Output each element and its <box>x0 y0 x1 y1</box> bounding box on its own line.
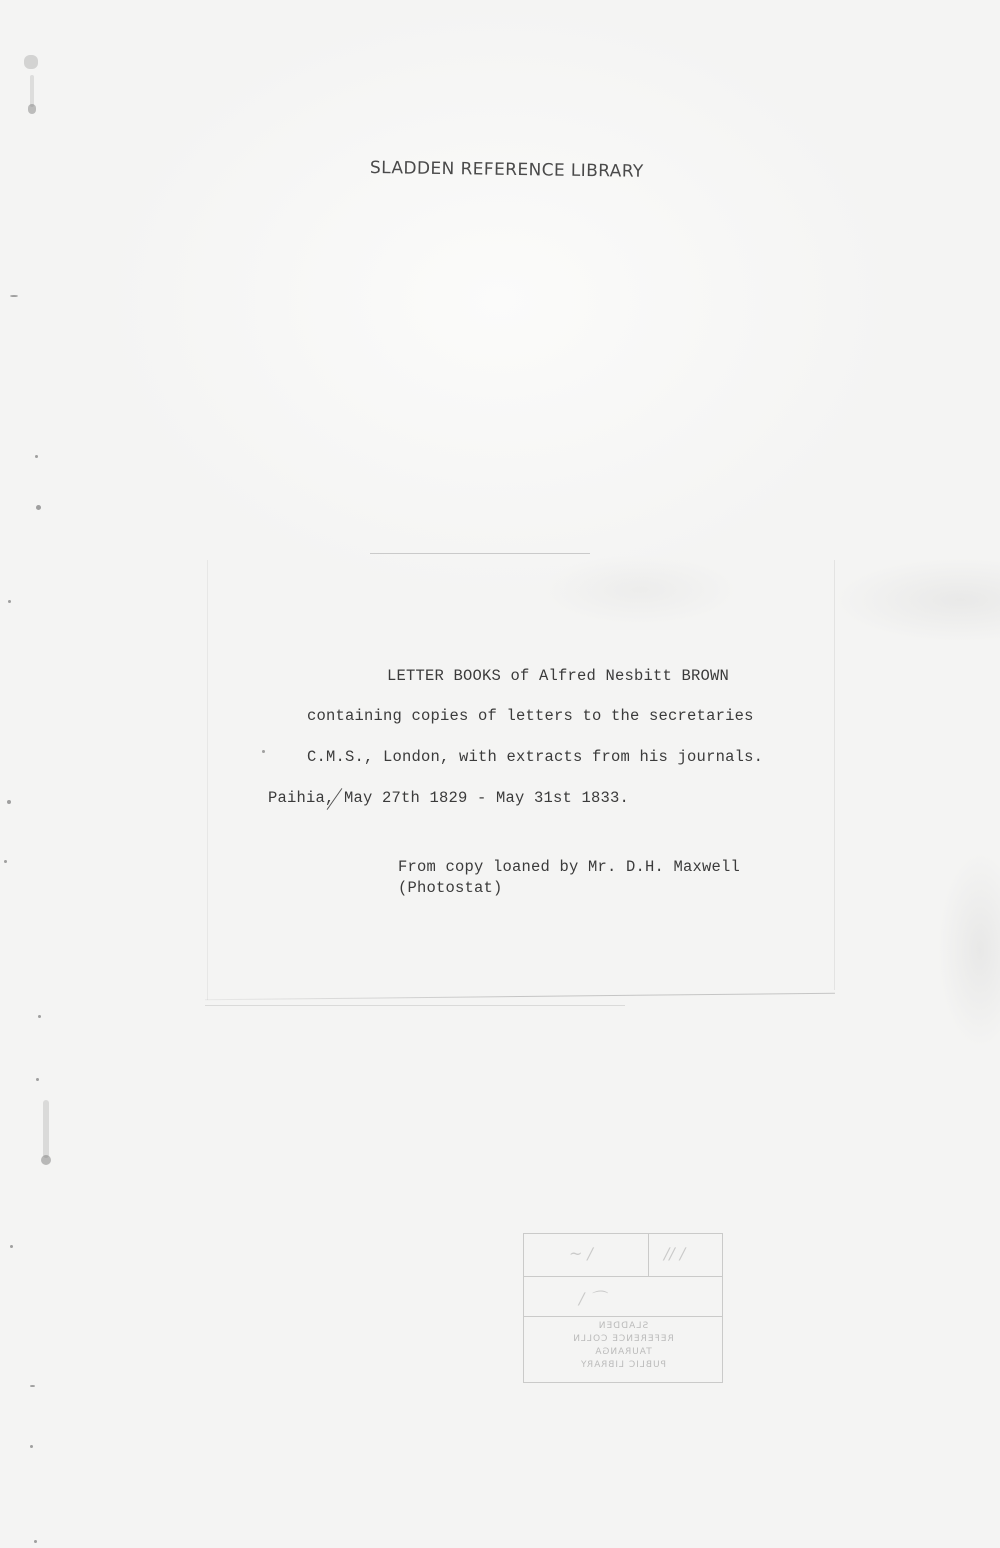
stamp-line: PUBLIC LIBRARY <box>524 1359 722 1372</box>
speck <box>35 455 38 458</box>
slip-edge <box>370 553 590 554</box>
slip-source-note: From copy loaned by Mr. D.H. Maxwell <box>398 858 740 876</box>
speck <box>30 1385 35 1387</box>
stamp-row: ∕ ⌒ <box>524 1276 722 1317</box>
slip-source-note: (Photostat) <box>398 879 503 897</box>
binding-hole-mark <box>41 1155 51 1165</box>
speck <box>8 600 11 603</box>
stamp-text: SLADDEN REFERENCE COLLN TAURANGA PUBLIC … <box>524 1320 722 1372</box>
slip-date-range: Paihia, May 27th 1829 - May 31st 1833. <box>268 789 629 807</box>
binding-hole-mark <box>43 1100 49 1158</box>
stamp-divider <box>648 1234 649 1276</box>
slip-edge <box>207 560 208 1000</box>
slip-title: LETTER BOOKS of Alfred Nesbitt BROWN <box>387 667 729 685</box>
stamp-line: TAURANGA <box>524 1346 722 1359</box>
speck <box>36 505 41 510</box>
stamp-handwriting: ∕∕ ∕ <box>664 1244 685 1263</box>
binding-hole-mark <box>28 104 36 114</box>
speck <box>34 1540 37 1543</box>
speck <box>38 1015 41 1018</box>
slip-description-line: containing copies of letters to the secr… <box>307 707 754 725</box>
speck <box>36 1078 39 1081</box>
slip-description-line: C.M.S., London, with extracts from his j… <box>307 748 763 766</box>
binding-hole-mark <box>24 55 38 69</box>
stamp-line: SLADDEN <box>524 1320 722 1333</box>
binding-hole-mark <box>30 75 34 107</box>
stamp-handwriting: ∕ ⌒ <box>579 1286 605 1309</box>
slip-edge <box>834 560 835 990</box>
speck <box>262 750 265 753</box>
stamp-line: REFERENCE COLLN <box>524 1333 722 1346</box>
scanned-page: SLADDEN REFERENCE LIBRARY LETTER BOOKS o… <box>0 0 1000 1548</box>
library-header: SLADDEN REFERENCE LIBRARY <box>370 158 690 182</box>
slip-edge <box>205 993 835 1001</box>
stamp-row: ~ ∕ ∕∕ ∕ <box>524 1234 722 1277</box>
library-stamp: ~ ∕ ∕∕ ∕ ∕ ⌒ SLADDEN REFERENCE COLLN TAU… <box>523 1233 723 1383</box>
speck <box>4 860 7 863</box>
stamp-handwriting: ~ ∕ <box>569 1244 593 1263</box>
speck <box>7 800 11 804</box>
speck <box>10 295 18 297</box>
slip-edge <box>205 1005 625 1006</box>
speck <box>10 1245 13 1248</box>
speck <box>30 1445 33 1448</box>
